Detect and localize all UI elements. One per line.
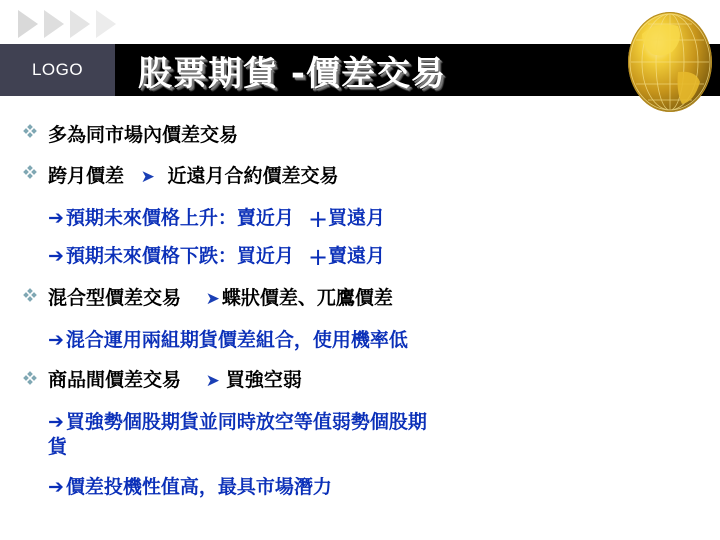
sub-text: 價差投機性值高，最具市場潛力 [66, 476, 332, 498]
sub-text: 預期未來價格下跌：買近月 [66, 245, 294, 267]
bullet-item: 混合型價差交易 ➤蝶狀價差、兀鷹價差 [48, 283, 393, 310]
logo: LOGO [0, 44, 115, 96]
plus-icon: + [308, 243, 328, 271]
bullet-text: 多為同市場內價差交易 [48, 124, 238, 146]
bullet-subtext: 近遠月合約價差交易 [168, 165, 339, 187]
sub-text: 預期未來價格上升：賣近月 [66, 207, 294, 229]
bullet-item: 多為同市場內價差交易 [48, 120, 238, 147]
right-arrow-icon: ➔ [48, 207, 64, 229]
right-arrow-icon: ➔ [48, 245, 64, 267]
bullet-subtext: 買強空弱 [226, 369, 302, 391]
sub-text-2: 賣遠月 [328, 245, 385, 267]
bullet-text: 混合型價差交易 [48, 287, 181, 309]
chevron-icon [96, 10, 116, 38]
bullet-text: 商品間價差交易 [48, 369, 181, 391]
sub-item: ➔價差投機性值高，最具市場潛力 [48, 472, 332, 499]
page-title: 股票期貨 -價差交易 [138, 46, 446, 94]
globe-icon [628, 12, 712, 112]
chevron-icon [44, 10, 64, 38]
bullet-item: 跨月價差 ➤ 近遠月合約價差交易 [48, 161, 339, 188]
diamond-bullet-icon [24, 372, 36, 384]
sub-text: 買強勢個股期貨並同時放空等值弱勢個股期 [66, 411, 427, 433]
arrowhead-icon: ➤ [141, 167, 155, 187]
right-arrow-icon: ➔ [48, 476, 64, 498]
sub-item: ➔預期未來價格下跌：買近月+賣遠月 [48, 241, 385, 271]
sub-text-2: 買遠月 [328, 207, 385, 229]
sub-text: 混合運用兩組期貨價差組合，使用機率低 [66, 329, 408, 351]
sub-item: ➔預期未來價格上升：賣近月+買遠月 [48, 203, 385, 233]
chevron-decoration [18, 10, 120, 38]
sub-item: ➔混合運用兩組期貨價差組合，使用機率低 [48, 325, 408, 352]
bullet-text: 跨月價差 [48, 165, 124, 187]
arrowhead-icon: ➤ [206, 371, 220, 391]
chevron-icon [18, 10, 38, 38]
right-arrow-icon: ➔ [48, 329, 64, 351]
sub-item-wrap: 貨 [48, 432, 67, 459]
plus-icon: + [308, 205, 328, 233]
diamond-bullet-icon [24, 166, 36, 178]
bullet-item: 商品間價差交易 ➤買強空弱 [48, 365, 302, 392]
bullet-subtext: 蝶狀價差、兀鷹價差 [222, 287, 393, 309]
right-arrow-icon: ➔ [48, 411, 64, 433]
arrowhead-icon: ➤ [206, 289, 220, 309]
sub-text-wrap: 貨 [48, 436, 67, 458]
sub-item: ➔買強勢個股期貨並同時放空等值弱勢個股期 [48, 407, 427, 434]
diamond-bullet-icon [24, 125, 36, 137]
chevron-icon [70, 10, 90, 38]
diamond-bullet-icon [24, 289, 36, 301]
logo-text: LOGO [32, 60, 83, 80]
